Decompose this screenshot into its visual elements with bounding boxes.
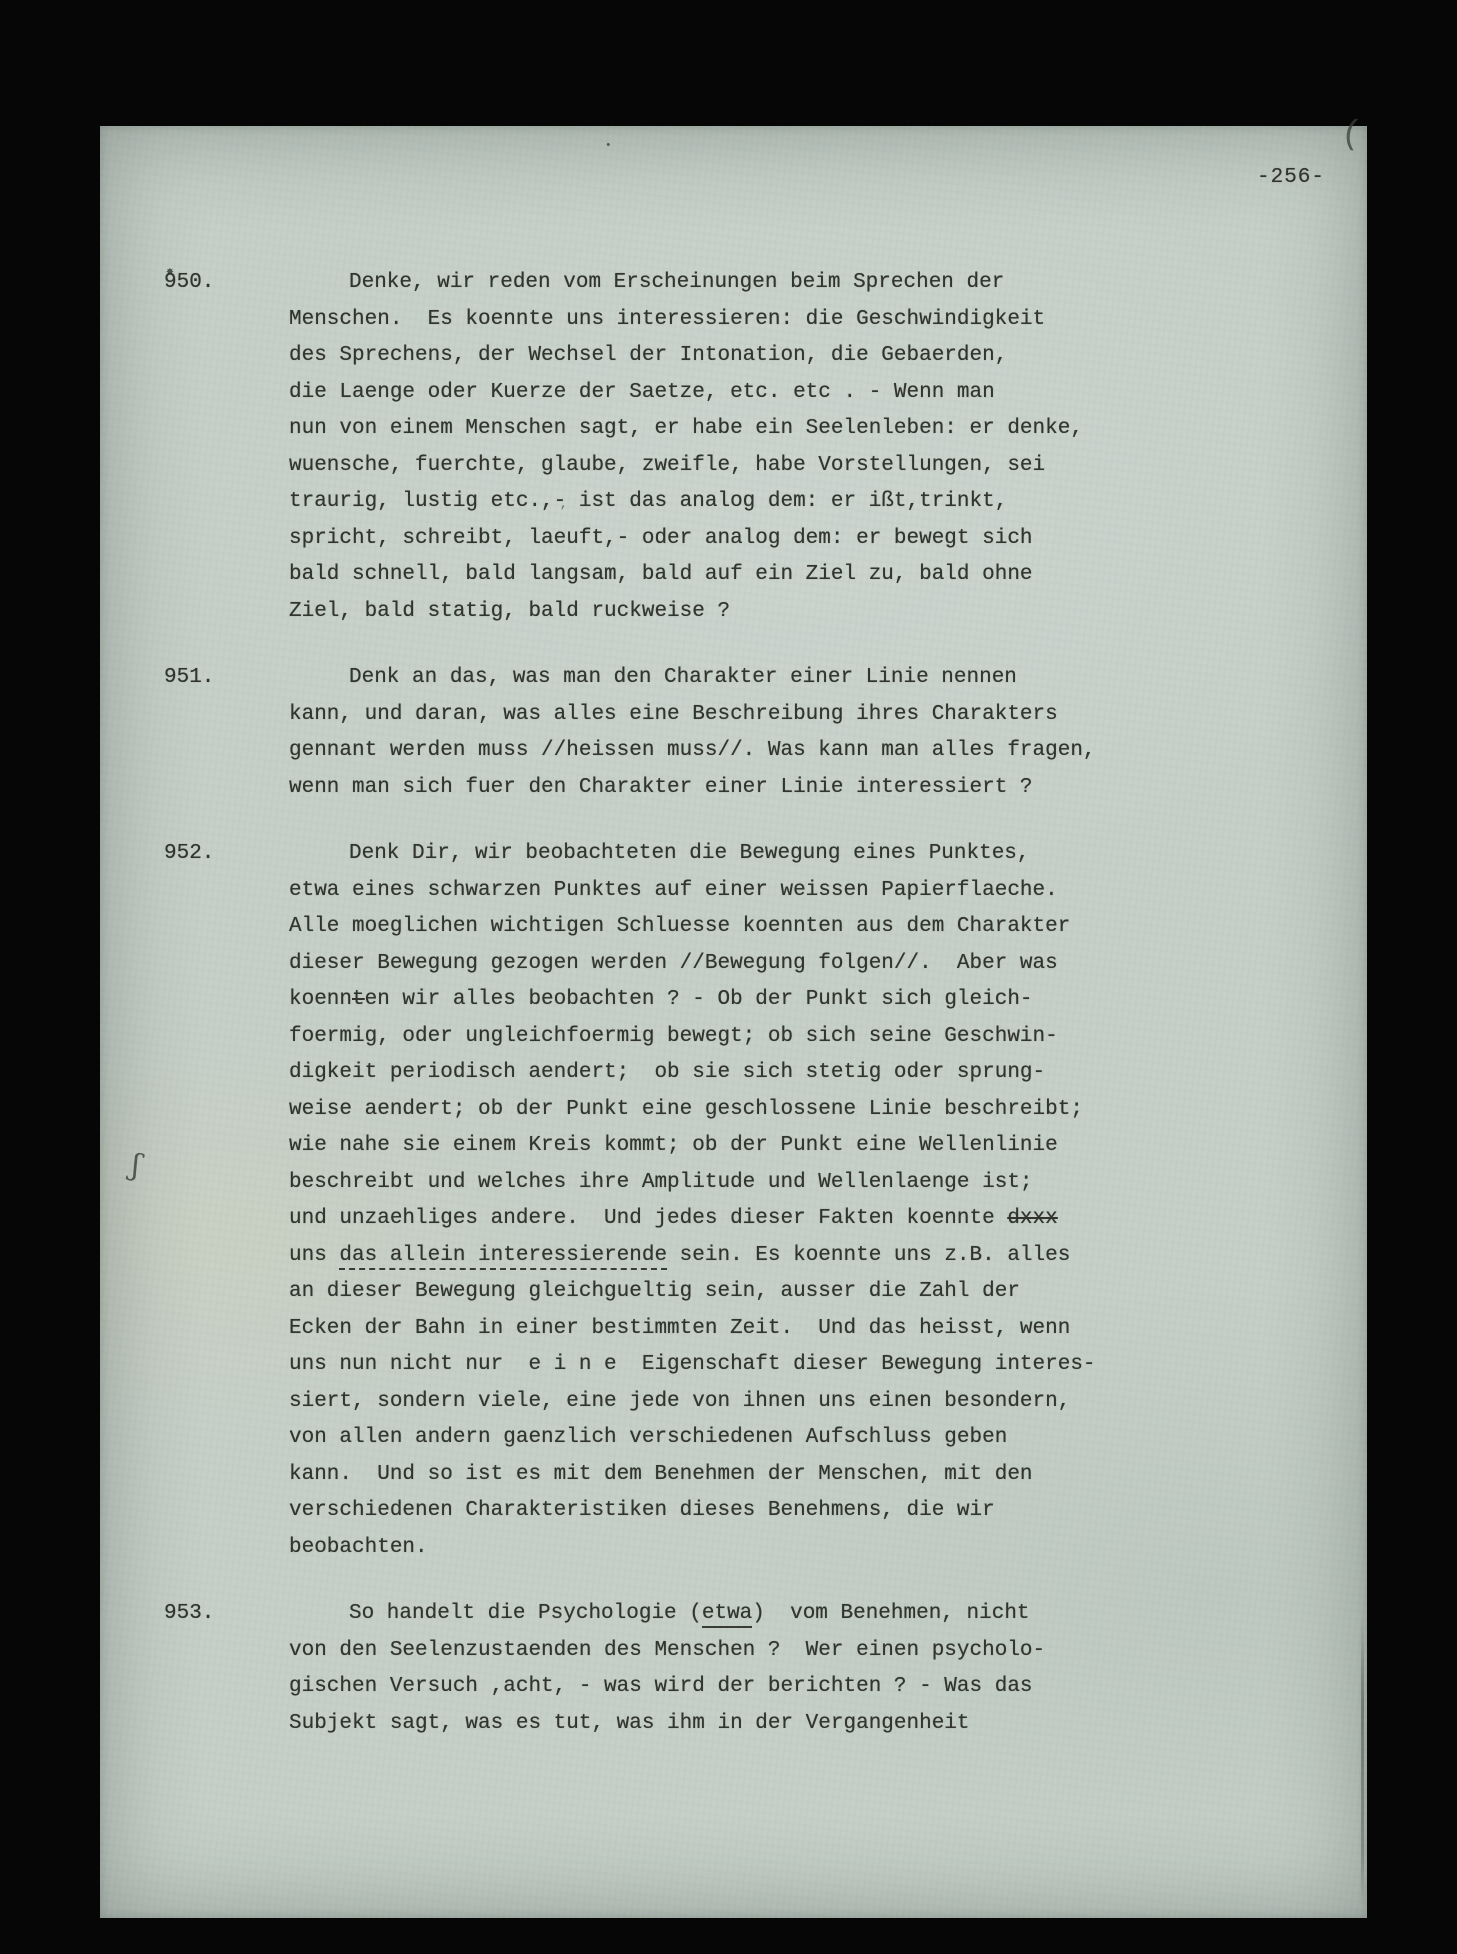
text-line: spricht, schreibt, laeuft,- oder analog …	[289, 521, 1099, 558]
remark-text: Denke, wir reden vom Erscheinungen beim …	[289, 265, 1099, 630]
text-line: beschreibt und welches ihre Amplitude un…	[289, 1165, 1099, 1202]
remark-section-952: 952.Denk Dir, wir beobachteten die Beweg…	[100, 836, 1367, 1566]
typescript-page: -256- ✸ • ’ ʃ ( 950.Denke, wir reden vom…	[100, 126, 1367, 1918]
text-line: etwa eines schwarzen Punktes auf einer w…	[289, 873, 1099, 910]
page-number: -256-	[1257, 166, 1325, 189]
page-curl-icon: (	[1338, 115, 1363, 155]
text-line: von den Seelenzustaenden des Menschen ? …	[289, 1633, 1099, 1670]
text-line: die Laenge oder Kuerze der Saetze, etc. …	[289, 375, 1099, 412]
text-line: kann. Und so ist es mit dem Benehmen der…	[289, 1457, 1099, 1494]
text-line: weise aendert; ob der Punkt eine geschlo…	[289, 1092, 1099, 1129]
text-line: Denke, wir reden vom Erscheinungen beim …	[289, 265, 1099, 302]
text-line: Ziel, bald statig, bald ruckweise ?	[289, 594, 1099, 631]
text-line: Alle moeglichen wichtigen Schluesse koen…	[289, 909, 1099, 946]
text-line: und unzaehliges andere. Und jedes dieser…	[289, 1201, 1099, 1238]
text-line: gennant werden muss //heissen muss//. Wa…	[289, 733, 1099, 770]
remark-number: 953.	[100, 1596, 289, 1633]
remark-text: Denk Dir, wir beobachteten die Bewegung …	[289, 836, 1099, 1566]
text-line: bald schnell, bald langsam, bald auf ein…	[289, 557, 1099, 594]
text-line: verschiedenen Charakteristiken dieses Be…	[289, 1493, 1099, 1530]
text-line: wie nahe sie einem Kreis kommt; ob der P…	[289, 1128, 1099, 1165]
text-line: an dieser Bewegung gleichgueltig sein, a…	[289, 1274, 1099, 1311]
text-line: dieser Bewegung gezogen werden //Bewegun…	[289, 946, 1099, 983]
sections: 950.Denke, wir reden vom Erscheinungen b…	[100, 265, 1367, 1772]
text-line: uns nun nicht nur e i n e Eigenschaft di…	[289, 1347, 1099, 1384]
text-line: So handelt die Psychologie (etwa) vom Be…	[289, 1596, 1099, 1633]
remark-section-950: 950.Denke, wir reden vom Erscheinungen b…	[100, 265, 1367, 630]
text-line: Subjekt sagt, was es tut, was ihm in der…	[289, 1706, 1099, 1743]
text-line: nun von einem Menschen sagt, er habe ein…	[289, 411, 1099, 448]
text-line: kann, und daran, was alles eine Beschrei…	[289, 697, 1099, 734]
paper-speck-icon: •	[605, 140, 612, 152]
text-line: beobachten.	[289, 1530, 1099, 1567]
remark-text: So handelt die Psychologie (etwa) vom Be…	[289, 1596, 1099, 1742]
remark-section-951: 951.Denk an das, was man den Charakter e…	[100, 660, 1367, 806]
text-line: foermig, oder ungleichfoermig bewegt; ob…	[289, 1019, 1099, 1056]
text-line: von allen andern gaenzlich verschiedenen…	[289, 1420, 1099, 1457]
remark-text: Denk an das, was man den Charakter einer…	[289, 660, 1099, 806]
text-line: siert, sondern viele, eine jede von ihne…	[289, 1384, 1099, 1421]
text-line: gischen Versuch ,acht, - was wird der be…	[289, 1669, 1099, 1706]
text-line: traurig, lustig etc.,- ist das analog de…	[289, 484, 1099, 521]
text-line: Denk an das, was man den Charakter einer…	[289, 660, 1099, 697]
text-line: Menschen. Es koennte uns interessieren: …	[289, 302, 1099, 339]
text-line: des Sprechens, der Wechsel der Intonatio…	[289, 338, 1099, 375]
remark-section-953: 953.So handelt die Psychologie (etwa) vo…	[100, 1596, 1367, 1742]
text-line: wenn man sich fuer den Charakter einer L…	[289, 770, 1099, 807]
text-line: Ecken der Bahn in einer bestimmten Zeit.…	[289, 1311, 1099, 1348]
text-line: koennten wir alles beobachten ? - Ob der…	[289, 982, 1099, 1019]
text-line: uns das allein interessierende sein. Es …	[289, 1238, 1099, 1275]
remark-number: 950.	[100, 265, 289, 302]
remark-number: 951.	[100, 660, 289, 697]
remark-number: 952.	[100, 836, 289, 873]
text-line: wuensche, fuerchte, glaube, zweifle, hab…	[289, 448, 1099, 485]
text-line: digkeit periodisch aendert; ob sie sich …	[289, 1055, 1099, 1092]
text-line: Denk Dir, wir beobachteten die Bewegung …	[289, 836, 1099, 873]
